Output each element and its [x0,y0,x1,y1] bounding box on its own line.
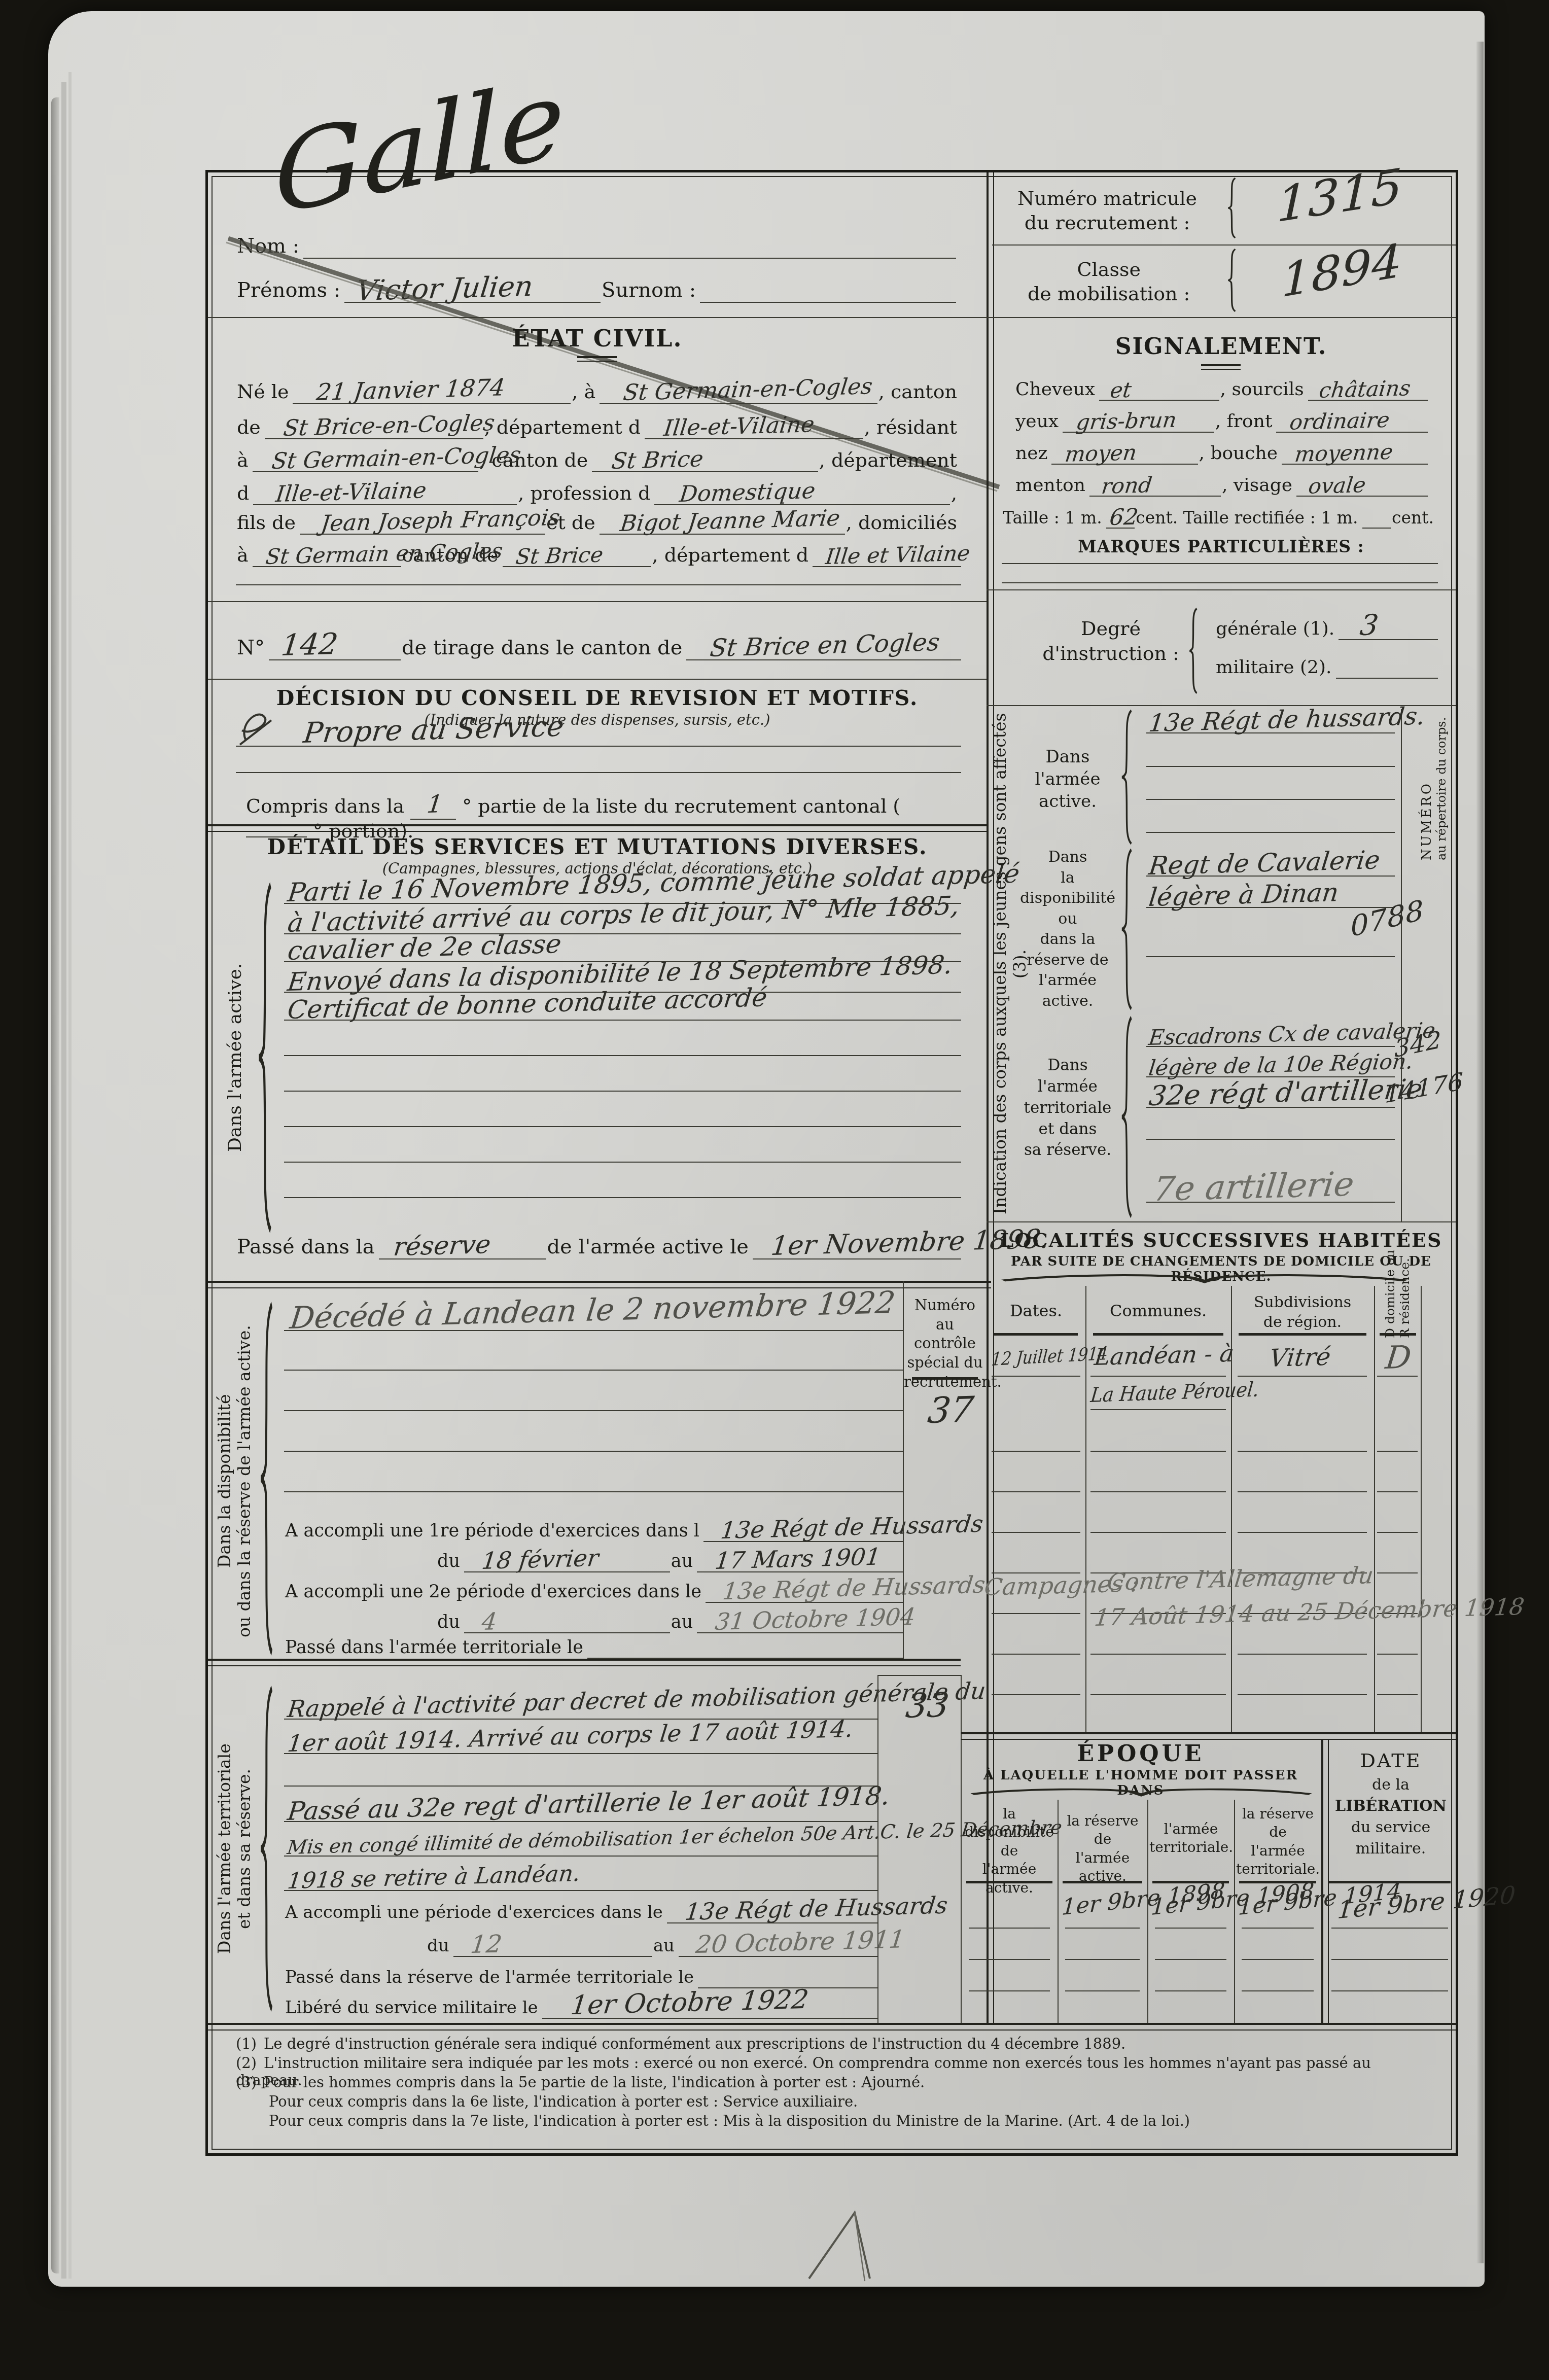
brace [1225,178,1239,238]
residence-canton-value: St Brice [610,446,705,474]
matricule-block: Numéro matricule du recrutement : 1315 [992,172,1456,244]
matricule-form: Galle Nom : Prénoms : Victor Julien Surn… [205,170,1458,2156]
nez-value: moyen [1064,440,1138,467]
corps-dispo-line2: légère à Dinan [1146,879,1395,908]
services-brace [255,882,276,1234]
bouche-value: moyenne [1293,439,1394,467]
mother-name-value: Bigot Jeanne Marie [619,505,841,537]
controle-value-37: 37 [926,1389,976,1431]
etat-civil-line-4: d Ille-et-Vilaine , profession d Domesti… [236,477,961,505]
decision-title: DÉCISION DU CONSEIL DE REVISION ET MOTIF… [208,686,987,710]
scanned-military-register: { "header": { "nom_label": "Nom :", "nom… [0,0,1549,2380]
tirage-number-value: 142 [279,626,340,662]
domicile-canton-value: St Brice [514,542,605,569]
corps-numero-label: NUMÉRO au répertoire du corps. [1419,713,1455,860]
periode2-start-value: 4 [480,1607,499,1635]
terr-line-4: Mis en congé illimité de démobilisation … [284,1826,877,1857]
corps-dispo-line1: Regt de Cavalerie [1146,847,1395,877]
terr-line-5: 1918 se retire à Landéan. [284,1861,877,1891]
page-stack-edge [51,97,59,2273]
epoque-col3-header: l'arméeterritoriale. [1149,1820,1233,1857]
deces-line: Décédé à Landean le 2 novembre 1922 [284,1300,903,1331]
pen-flourish [236,705,292,751]
corps-active-label: Dans l'armée active. [1019,746,1116,813]
periode2-regiment-value: 13e Régt de Hussards. [721,1570,994,1605]
periode1-line: A accompli une 1re période d'exercices d… [284,1514,903,1542]
signalement-line-3: nez moyen , bouche moyenne [1014,438,1428,465]
campagnes-value-1: Contre l'Allemagne du [1106,1561,1375,1596]
sourcils-value: châtains [1318,375,1412,403]
localites-col-dates: Dates. [987,1301,1085,1320]
services-line-2: à l'activité arrivé au corps le dit jour… [284,904,961,934]
periode1-start-value: 18 février [480,1544,600,1574]
page-right-edge [1476,42,1484,2263]
tirage-line: N° 142 de tirage dans le canton de St Br… [236,629,961,660]
corps-terr-line4: 7e artillerie [1146,1174,1395,1203]
terr-periode-start-value: 12 [469,1930,504,1959]
etat-civil-line-2: de St Brice-en-Cogles , département d Il… [236,411,961,439]
libere-date-value: 1er Octobre 1922 [569,1984,810,2021]
birth-departement-value: Ille-et-Vilaine [662,411,816,441]
brace [1225,249,1239,312]
campagnes-value-2: 17 Août 1914 au 25 Décembre 1918 [1093,1593,1526,1631]
signalement-title: SIGNALEMENT. [987,334,1456,360]
corps-active-value: 13e Régt de hussards. [1147,702,1426,738]
localites-row-subdiv: Vitré [1268,1343,1332,1373]
birth-place-value: St Germain-en-Cogles [622,373,874,406]
deces-value: Décédé à Landean le 2 novembre 1922 [288,1285,897,1336]
terr-brace [257,1685,277,2012]
periode2-line: A accompli une 2e période d'exercices da… [284,1575,903,1603]
corps-dispo-value2: légère à Dinan [1147,878,1340,912]
services-title: DÉTAIL DES SERVICES ET MUTATIONS DIVERSE… [208,834,987,859]
residence-departement-value: Ille-et-Vilaine [274,477,428,507]
epoque-ornament [969,1787,1314,1797]
libere-line: Libéré du service militaire le 1er Octob… [284,1992,877,2019]
footnote-3: (3)Pour les hommes compris dans la 5e pa… [236,2074,1433,2091]
controle-value-33: 33 [904,1686,951,1726]
pencil-triangle-mark [794,2208,926,2284]
corps-active-line: 13e Régt de hussards. [1146,706,1395,733]
corps-terr-line3: 32e régt d'artillerie [1146,1079,1395,1108]
decision-value: Propre au Service [302,710,566,750]
periode1-dates: du 18 février au 17 Mars 1901 [436,1545,903,1572]
footnote-4: Pour ceux compris dans la 6e liste, l'in… [269,2093,1435,2110]
classe-label: Classe [1028,258,1190,282]
title-ornament [1201,364,1241,370]
page-stack-edge [61,82,66,2279]
corps-terr-value1: Escadrons Cx de cavalerie [1147,1018,1437,1050]
corps-terr-brace [1118,1016,1136,1218]
localites-col-communes: Communes. [1085,1301,1231,1320]
localites-row-date: 12 Juillet 1914 [991,1343,1109,1370]
birth-canton-value: St Brice-en-Cogles [282,410,496,441]
corps-terr-line1: Escadrons Cx de cavalerie [1146,1019,1395,1047]
terr-periode-regiment-value: 13e Régt de Hussards [684,1892,949,1926]
footnote-1: (1)Le degré d'instruction générale sera … [236,2035,1433,2052]
visage-value: ovale [1307,472,1367,499]
terr-line-3: Passé au 32e regt d'artillerie le 1er ao… [284,1792,877,1822]
reserve-word-value: réserve [392,1230,492,1262]
corps-terr-value3: 32e régt d'artillerie [1147,1073,1424,1112]
terr-line-2: 1er août 1914. Arrivé au corps le 17 aoû… [284,1724,877,1754]
birth-date-value: 21 Janvier 1874 [315,373,507,406]
matricule-label: Numéro matricule [1017,187,1197,211]
page-stack-edge [68,72,72,2279]
father-name-value: Jean Joseph François [320,505,561,537]
terr-periode-line: A accompli une période d'exercices dans … [284,1895,877,1923]
compris-value: 1 [426,790,444,819]
periode2-dates: du 4 au 31 Octobre 1904 [436,1605,903,1633]
etat-civil-title: ÉTAT CIVIL. [208,325,987,352]
footnote-5: Pour ceux compris dans la 7e liste, l'in… [269,2112,1435,2129]
epoque-date-header: DATE de la LIBÉRATION du service militai… [1326,1747,1456,1860]
epoque-col2-header: la réservedel'armée active. [1060,1812,1146,1886]
dispo-side-label: Dans la disponibilité ou dans la réserve… [213,1304,256,1659]
cheveux-value: et [1109,377,1133,403]
domicile-departement-value: Ille et Vilaine [824,541,971,569]
localites-row-commune1: Landéan - à [1093,1340,1236,1371]
front-value: ordinaire [1288,407,1391,435]
epoque-title: ÉPOQUE [961,1741,1321,1767]
terr-line-1: Rappelé à l'activité par decret de mobil… [284,1689,877,1720]
etat-civil-line-1: Né le 21 Janvier 1874 , à St Germain-en-… [236,375,961,404]
yeux-value: gris-brun [1075,407,1178,435]
corps-dispo-value1: Regt de Cavalerie [1147,845,1382,881]
title-ornament [577,356,617,362]
instruction-generale: générale (1). 3 [1215,615,1438,640]
etat-civil-line-6: à St Germain en Cogles canton de St Bric… [236,539,961,567]
localites-col-subdiv: Subdivisions de région. [1231,1292,1374,1332]
classe-block: Classe de mobilisation : 1894 [992,244,1456,317]
signalement-line-2: yeux gris-brun , front ordinaire [1014,406,1428,433]
terr-periode-dates: du 12 au 20 Octobre 1911 [426,1929,877,1957]
corps-side-label: Indication des corps auxquels les jeunes… [990,710,1020,1217]
taille-value: 62 [1108,504,1140,531]
services-line-5: Certificat de bonne conduite accordé [284,990,961,1021]
register-page: Galle Nom : Prénoms : Victor Julien Surn… [48,11,1485,2287]
corps-dispo-label: Dans la disponibilité ou dans la réserve… [1017,847,1118,1011]
territoriale-transfer-line: Passé dans l'armée territoriale le [284,1634,903,1659]
reserve-transfer-line: Passé dans la réserve de l'armée active … [236,1230,961,1259]
tirage-canton-value: St Brice en Cogles [709,628,941,662]
periode1-end-value: 17 Mars 1901 [714,1543,882,1574]
instruction-militaire: militaire (2). [1215,653,1438,679]
signalement-line-4: menton rond , visage ovale [1014,470,1428,497]
instruction-brace [1187,608,1200,694]
signalement-taille: Taille : 1 m. 62 cent. Taille rectifiée … [1002,502,1438,529]
instruction-label: Degré d'instruction : [1040,616,1182,667]
localites-row-dr: D [1384,1339,1413,1376]
etat-civil-line-3: à St Germain-en-Cogles , canton de St Br… [236,444,961,472]
menton-value: rond [1100,472,1153,499]
decision-line: Propre au Service [236,719,961,747]
terr-side-label: Dans l'armée territoriale et dans sa rés… [213,1687,256,2011]
periode2-end-value: 31 Octobre 1904 [714,1603,917,1635]
corps-active-brace [1118,709,1136,845]
instruction-generale-value: 3 [1358,609,1380,642]
profession-value: Domestique [678,478,817,507]
dispo-brace [257,1301,277,1656]
signalement-line-1: Cheveux et , sourcils châtains [1014,374,1428,401]
classe-value: 1894 [1281,234,1402,308]
marques-label: MARQUES PARTICULIÈRES : [987,537,1456,556]
epoque-col4-header: la réservedel'arméeterritoriale. [1236,1805,1320,1879]
etat-civil-line-5: fils de Jean Joseph François et de Bigot… [236,506,961,535]
corps-dispo-brace [1118,848,1136,1010]
localites-dr-label: D domicile ou R résidence. [1376,1232,1419,1338]
terr-periode-end-value: 20 Octobre 1911 [694,1925,906,1959]
matricule-value: 1315 [1276,158,1403,233]
localites-row-commune2: La Haute Pérouel. [1089,1378,1260,1407]
corps-terr-label: Dans l'armée territoriale et dans sa rés… [1017,1055,1118,1161]
services-side-label: Dans l'armée active. [217,883,253,1233]
localites-ornament [999,1272,1410,1283]
corps-terr-line2: légère de la 10e Région. [1146,1049,1395,1077]
corps-terr-value4: 7e artillerie [1151,1165,1356,1209]
periode1-regiment-value: 13e Régt de Hussards [719,1510,984,1544]
